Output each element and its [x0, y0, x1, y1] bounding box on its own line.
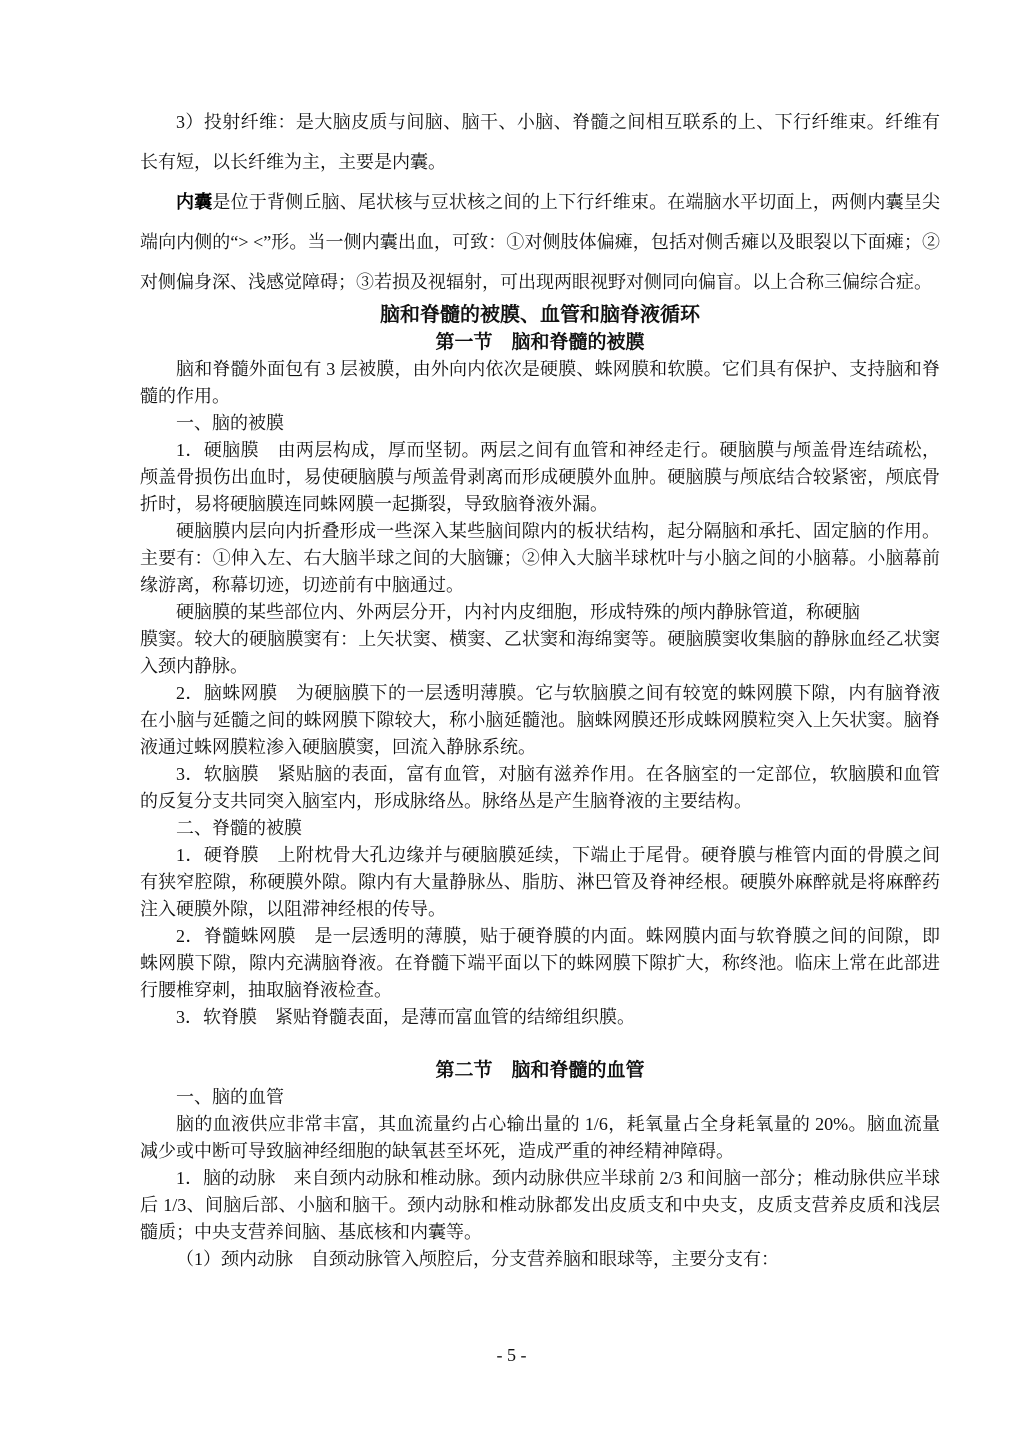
paragraph-spinal-pia: 3．软脊膜 紧贴脊髓表面，是薄而富血管的结缔组织膜。 [140, 1004, 940, 1031]
paragraph-cerebral-arteries: 1．脑的动脉 来自颈内动脉和椎动脉。颈内动脉供应半球前 2/3 和间脑一部分；椎… [140, 1165, 940, 1246]
paragraph-dura-folds: 硬脑膜内层向内折叠形成一些深入某些脑间隙内的板状结构，起分隔脑和承托、固定脑的作… [140, 518, 940, 599]
page-number: - 5 - [0, 1345, 1023, 1366]
paragraph-dural-sinuses-line1: 硬脑膜的某些部位内、外两层分开，内衬内皮细胞，形成特殊的颅内静脉管道，称硬脑 [176, 602, 860, 622]
subheading-brain-meninges: 一、脑的被膜 [140, 410, 940, 437]
paragraph-spinal-arachnoid: 2．脊髓蛛网膜 是一层透明的薄膜，贴于硬脊膜的内面。蛛网膜内面与软脊膜之间的间隙… [140, 923, 940, 1004]
section-1-heading: 第一节 脑和脊髓的被膜 [140, 329, 940, 356]
paragraph-projection-fibers: 3）投射纤维：是大脑皮质与间脑、脑干、小脑、脊髓之间相互联系的上、下行纤维束。纤… [140, 102, 940, 182]
paragraph-dural-sinuses-line2: 膜窦。较大的硬脑膜窦有：上矢状窦、横窦、乙状窦和海绵窦等。硬脑膜窦收集脑的静脉血… [140, 629, 940, 676]
paragraph-cerebral-pia: 3．软脑膜 紧贴脑的表面，富有血管，对脑有滋养作用。在各脑室的一定部位，软脑膜和… [140, 761, 940, 815]
paragraph-dural-sinuses: 硬脑膜的某些部位内、外两层分开，内衬内皮细胞，形成特殊的颅内静脉管道，称硬脑膜窦… [140, 599, 940, 680]
paragraph-cerebral-arachnoid: 2．脑蛛网膜 为硬脑膜下的一层透明薄膜。它与软脑膜之间有较宽的蛛网膜下隙，内有脑… [140, 680, 940, 761]
paragraph-meninges-overview: 脑和脊髓外面包有 3 层被膜，由外向内依次是硬膜、蛛网膜和软膜。它们具有保护、支… [140, 356, 940, 410]
term-internal-capsule: 内囊 [176, 192, 212, 212]
paragraph-spinal-dura: 1．硬脊膜 上附枕骨大孔边缘并与硬脑膜延续，下端止于尾骨。硬脊膜与椎管内面的骨膜… [140, 842, 940, 923]
paragraph-internal-carotid: （1）颈内动脉 自颈动脉管入颅腔后，分支营养脑和眼球等，主要分支有： [140, 1246, 940, 1273]
paragraph-internal-capsule: 内囊是位于背侧丘脑、尾状核与豆状核之间的上下行纤维束。在端脑水平切面上，两侧内囊… [140, 182, 940, 302]
subheading-spinal-meninges: 二、脊髓的被膜 [140, 815, 940, 842]
document-page: 3）投射纤维：是大脑皮质与间脑、脑干、小脑、脊髓之间相互联系的上、下行纤维束。纤… [0, 0, 1023, 1447]
chapter-heading: 脑和脊髓的被膜、血管和脑脊液循环 [140, 302, 940, 329]
paragraph-blood-supply: 脑的血液供应非常丰富，其血流量约占心输出量的 1/6，耗氧量占全身耗氧量的 20… [140, 1111, 940, 1165]
document-body: 3）投射纤维：是大脑皮质与间脑、脑干、小脑、脊髓之间相互联系的上、下行纤维束。纤… [140, 102, 940, 1273]
section-2-heading: 第二节 脑和脊髓的血管 [140, 1057, 940, 1084]
paragraph-internal-capsule-text: 是位于背侧丘脑、尾状核与豆状核之间的上下行纤维束。在端脑水平切面上，两侧内囊呈尖… [140, 192, 940, 292]
paragraph-cerebral-dura: 1．硬脑膜 由两层构成，厚而坚韧。两层之间有血管和神经走行。硬脑膜与颅盖骨连结疏… [140, 437, 940, 518]
subheading-brain-vessels: 一、脑的血管 [140, 1084, 940, 1111]
